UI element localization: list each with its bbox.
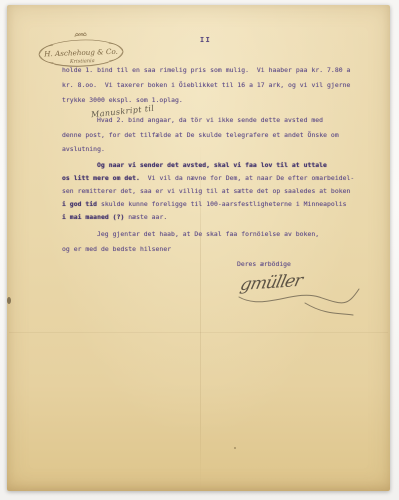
body-line-7: Og naar vi sender det avsted, skal vi fa…: [62, 162, 327, 169]
text-segment-bold: i god tid: [62, 200, 97, 208]
body-line-9: sen remitterer det, saa er vi villig til…: [62, 188, 350, 195]
letter-paper: H. Aschehoug & Co. Kristiania II holde 1…: [7, 5, 390, 491]
text-segment: skulde kunne foreligge til 100-aarsfestl…: [97, 200, 346, 208]
body-line-3: trykke 3000 ekspl. som 1.oplag.: [62, 97, 183, 104]
letterhead-city: Kristiania: [69, 58, 95, 65]
body-line-1: holde 1. bind til en saa rimelig pris so…: [62, 67, 350, 74]
text-segment: næste aar.: [124, 213, 167, 221]
signature: gmüller: [235, 271, 365, 317]
horizontal-fold-crease: [9, 332, 388, 333]
paper-speck: [234, 447, 236, 449]
valediction: Deres ærbödige: [237, 261, 291, 268]
text-segment-bold: i mai maaned (?): [62, 213, 124, 221]
body-line-5: denne post, for det tilfælde at De skuld…: [62, 132, 339, 139]
text-segment: Vi vil da nævne for Dem, at naar De efte…: [140, 174, 354, 182]
body-line-8: os litt mere om det. Vi vil da nævne for…: [62, 175, 354, 182]
body-line-13: og er med de bedste hilsener: [62, 246, 171, 253]
body-line-6: avslutning.: [62, 146, 105, 153]
ink-blot: [7, 297, 11, 304]
body-line-11: i mai maaned (?) næste aar.: [62, 214, 167, 221]
text-segment-bold: os litt mere om det.: [62, 174, 140, 182]
body-line-12: Jeg gjentar det haab, at De skal faa for…: [62, 231, 319, 238]
vertical-fold-crease: [200, 145, 201, 491]
page-number: II: [200, 36, 211, 44]
crown-flourish-icon: [74, 33, 86, 36]
body-line-2: kr. 8.oo. Vi taxerer boken i Öieblikket …: [62, 82, 350, 89]
letterhead-publisher: H. Aschehoug & Co.: [43, 47, 118, 59]
signature-flourish-icon: [235, 285, 365, 317]
body-line-10: i god tid skulde kunne foreligge til 100…: [62, 201, 347, 208]
